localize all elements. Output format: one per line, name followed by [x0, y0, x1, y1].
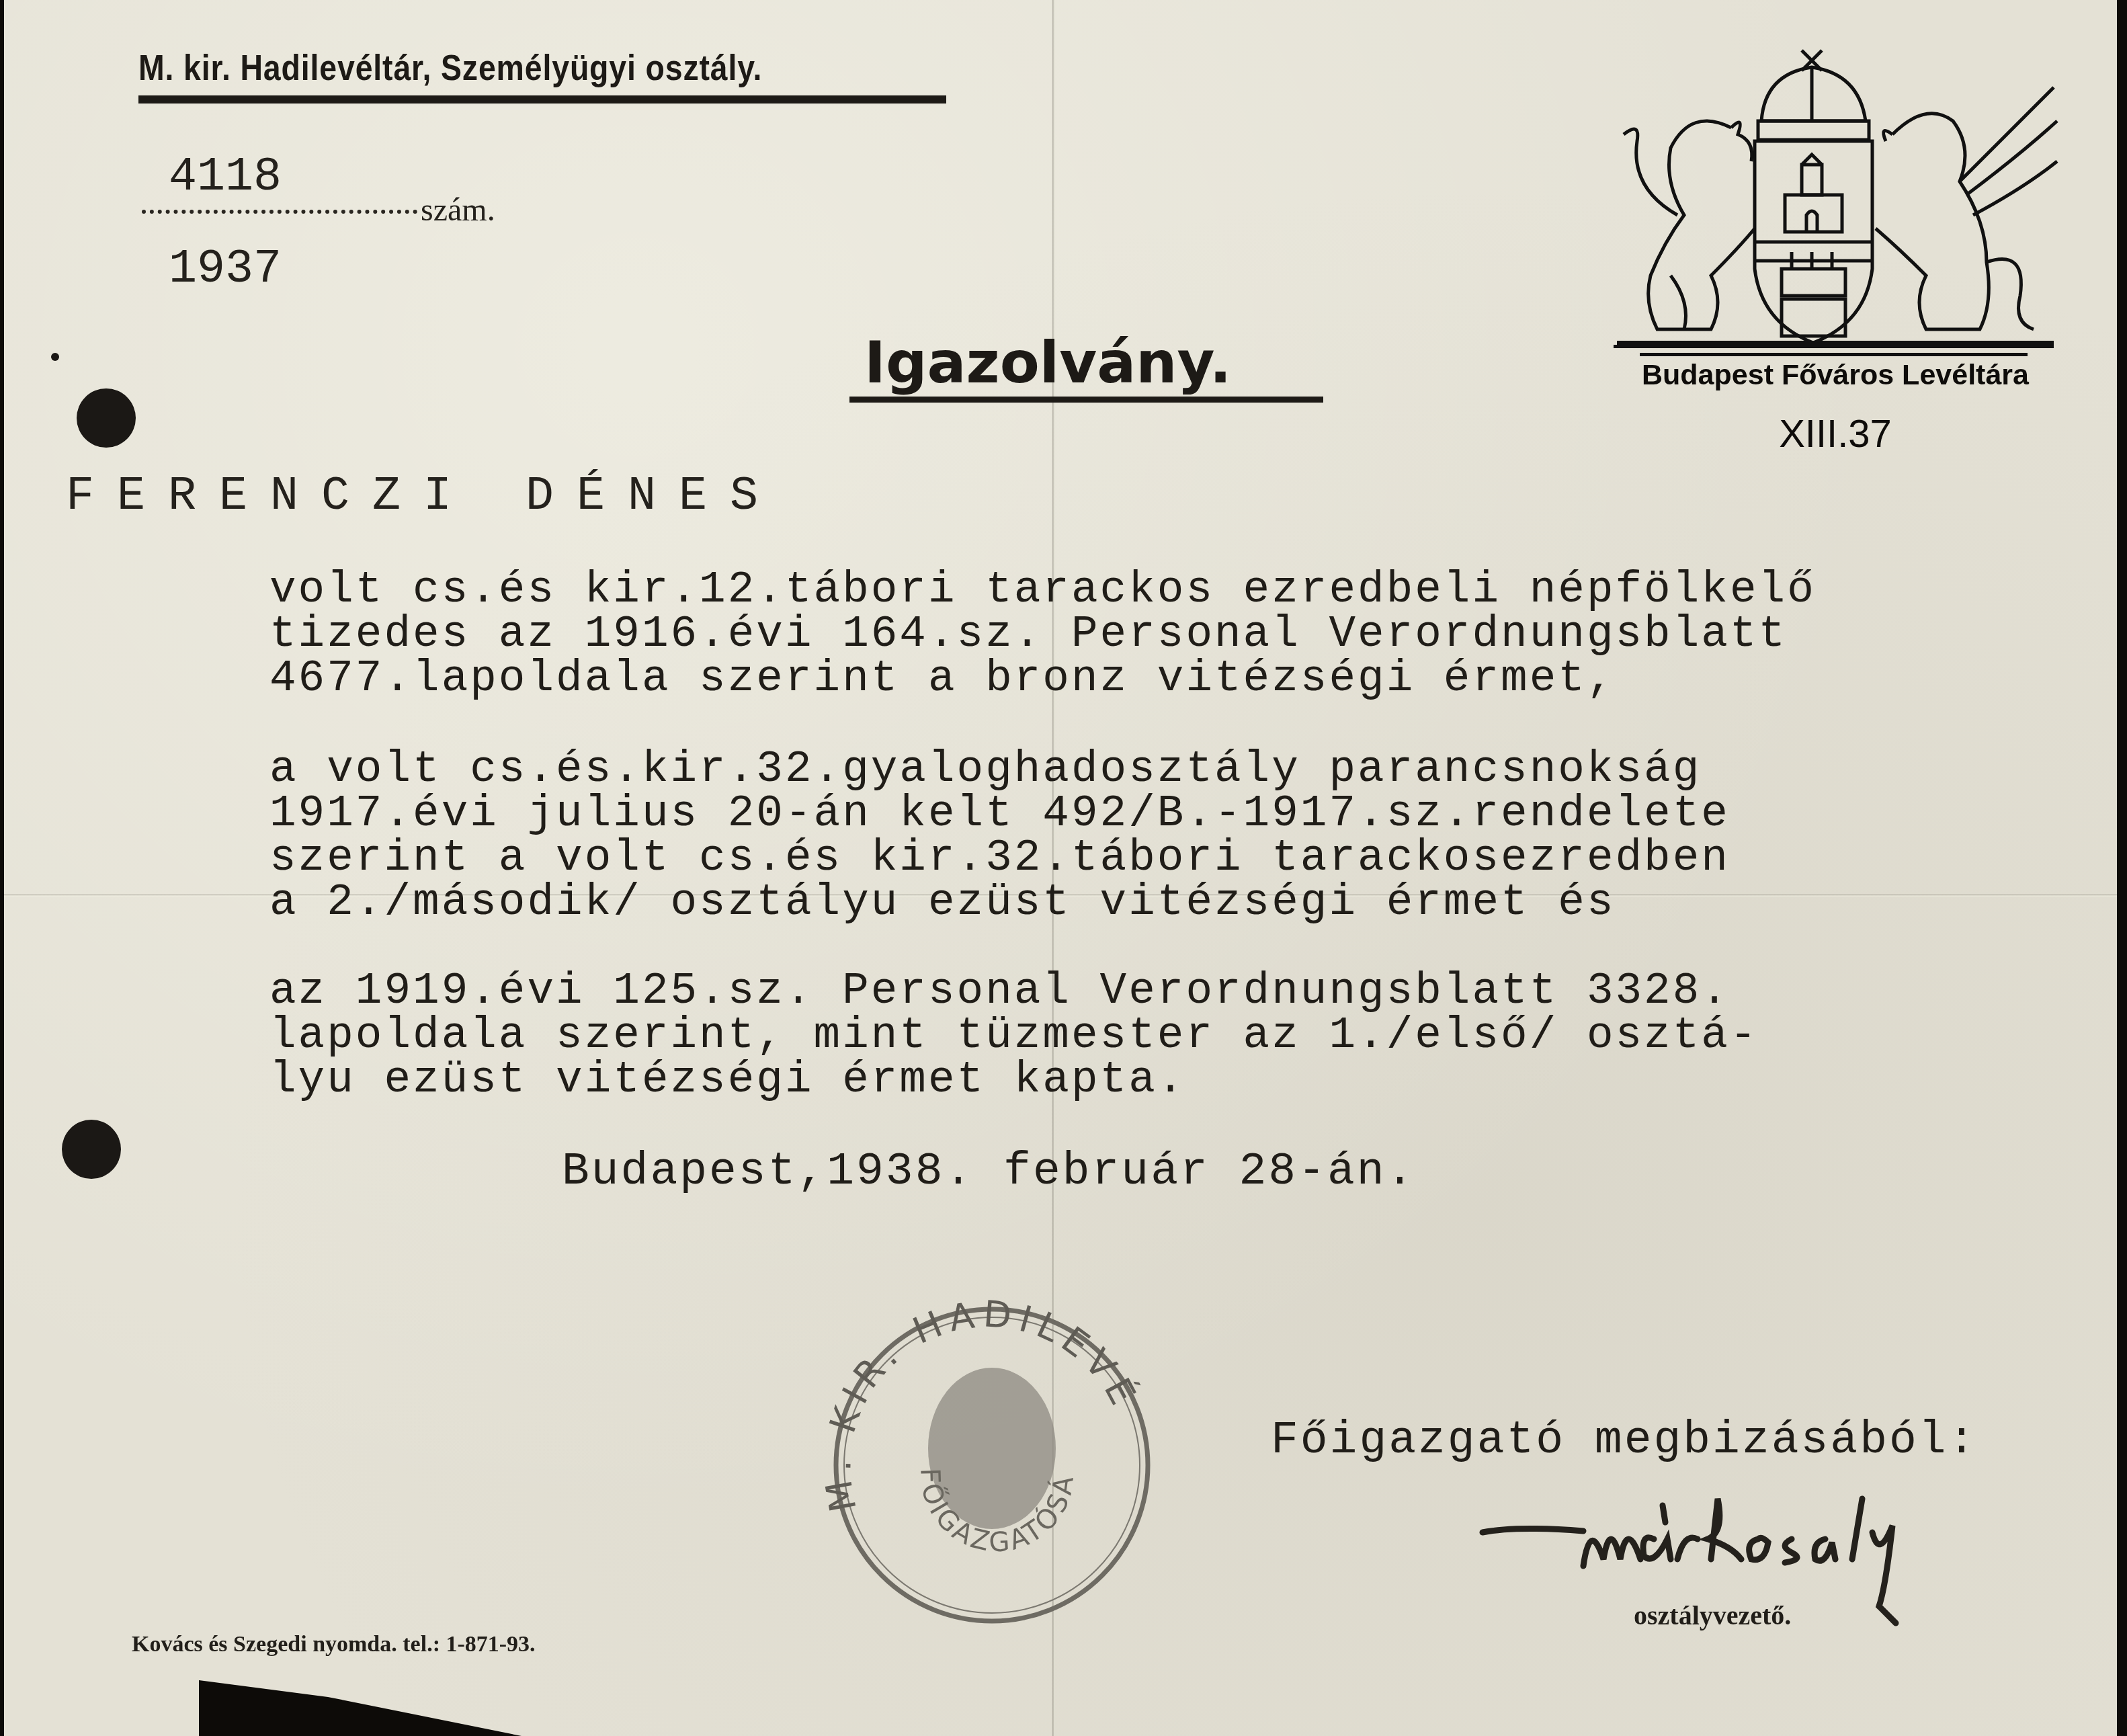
archive-name: Budapest Főváros Levéltára [1607, 359, 2064, 392]
archive-mark-rules [1614, 340, 2054, 361]
person-name: FERENCZI DÉNES [66, 470, 781, 524]
torn-corner [199, 1680, 522, 1736]
reference-number: 4118 [169, 151, 282, 204]
signature-label: Főigazgató megbizásából: [1271, 1415, 1977, 1466]
signer-title: osztályvezető. [1634, 1600, 1791, 1631]
title-underline [849, 397, 1323, 403]
paragraph-2-line-4: a 2./második/ osztályu ezüst vitézségi é… [269, 880, 1616, 925]
reference-year: 1937 [169, 243, 282, 296]
paragraph-3-line-2: lapoldala szerint, mint tüzmester az 1./… [269, 1014, 1759, 1058]
punch-hole-top [77, 388, 136, 448]
issuer-header: M. kir. Hadilevéltár, Személyügyi osztál… [138, 47, 762, 89]
place-and-date: Budapest,1938. február 28-án. [562, 1146, 1415, 1198]
paragraph-2-line-1: a volt cs.és.kir.32.gyaloghadosztály par… [269, 747, 1701, 792]
paragraph-2-line-2: 1917.évi julius 20-án kelt 492/B.-1917.s… [269, 792, 1730, 836]
header-underline [138, 95, 946, 104]
reference-dotted-line [142, 210, 417, 214]
reference-label: szám. [421, 192, 495, 229]
ink-speck [51, 353, 59, 361]
budapest-coat-of-arms-icon [1610, 47, 2060, 349]
document-page: M. kir. Hadilevéltár, Személyügyi osztál… [4, 0, 2117, 1736]
archive-signature: XIII.37 [1607, 411, 2064, 456]
paragraph-1-line-1: volt cs.és kir.12.tábori tarackos ezredb… [269, 568, 1816, 612]
paragraph-1-line-3: 4677.lapoldala szerint a bronz vitézségi… [269, 657, 1616, 701]
paragraph-3-line-3: lyu ezüst vitézségi érmet kapta. [269, 1058, 1185, 1102]
printer-imprint: Kovács és Szegedi nyomda. tel.: 1-871-93… [132, 1632, 536, 1657]
official-stamp-icon: M. KIR. HADILEVÉLTÁR FŐIGAZGATÓSÁG [804, 1287, 1180, 1630]
punch-hole-bottom [62, 1120, 121, 1179]
paragraph-3-line-1: az 1919.évi 125.sz. Personal Verordnungs… [269, 969, 1730, 1014]
paragraph-2-line-3: szerint a volt cs.és kir.32.tábori tarac… [269, 836, 1730, 880]
document-title: Igazolvány. [864, 329, 1231, 397]
paragraph-1-line-2: tizedes az 1916.évi 164.sz. Personal Ver… [269, 612, 1787, 657]
